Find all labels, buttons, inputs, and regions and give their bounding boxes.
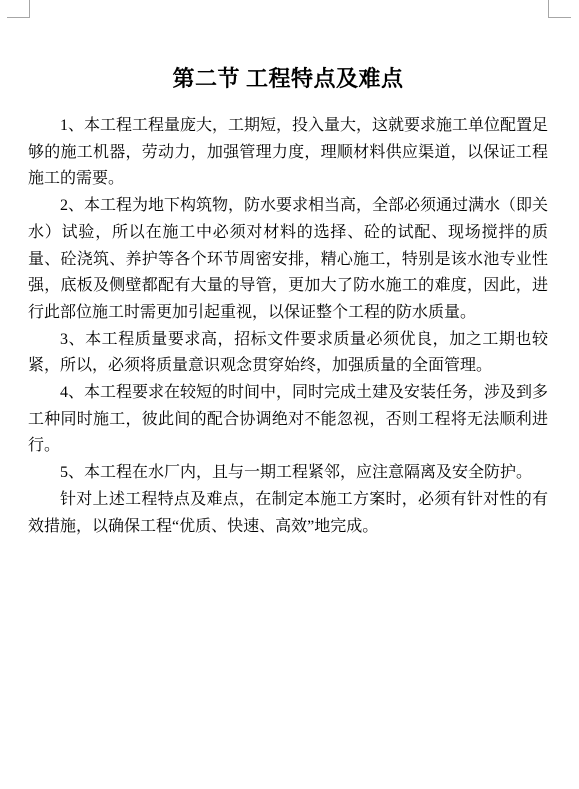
paragraph-closing: 针对上述工程特点及难点，在制定本施工方案时，必须有针对性的有效措施，以确保工程“… xyxy=(28,487,548,540)
crop-mark-top-left xyxy=(7,0,30,18)
crop-mark-top-right xyxy=(548,0,571,18)
paragraph-5: 5、本工程在水厂内，且与一期工程紧邻，应注意隔离及安全防护。 xyxy=(28,460,548,487)
paragraph-2: 2、本工程为地下构筑物，防水要求相当高，全部必须通过满水（即关水）试验，所以在施… xyxy=(28,193,548,327)
paragraph-1: 1、本工程工程量庞大，工期短，投入量大，这就要求施工单位配置足够的施工机器，劳动… xyxy=(28,113,548,193)
paragraph-4: 4、本工程要求在较短的时间中，同时完成土建及安装任务，涉及到多工种同时施工，彼此… xyxy=(28,380,548,460)
document-page: 第二节 工程特点及难点 1、本工程工程量庞大，工期短，投入量大，这就要求施工单位… xyxy=(0,0,579,789)
document-body: 1、本工程工程量庞大，工期短，投入量大，这就要求施工单位配置足够的施工机器，劳动… xyxy=(28,113,548,540)
document-text-area: 第二节 工程特点及难点 1、本工程工程量庞大，工期短，投入量大，这就要求施工单位… xyxy=(28,17,548,540)
paragraph-3: 3、本工程质量要求高，招标文件要求质量必须优良，加之工期也较紧，所以，必须将质量… xyxy=(28,327,548,380)
section-title: 第二节 工程特点及难点 xyxy=(28,63,548,95)
